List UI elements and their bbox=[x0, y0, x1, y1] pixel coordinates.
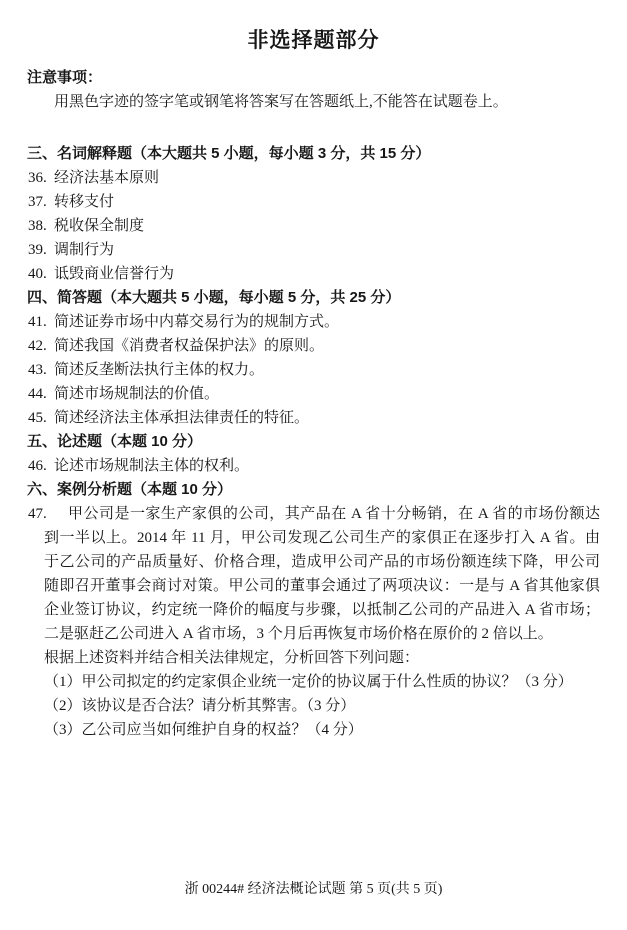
item-number: 38. bbox=[28, 214, 47, 238]
question-item-40: 40. 诋毁商业信誉行为 bbox=[27, 262, 600, 286]
page-title: 非选择题部分 bbox=[27, 28, 600, 54]
question-item-42: 42. 简述我国《消费者权益保护法》的原则。 bbox=[27, 334, 600, 358]
case-paragraph-line: 二是驱赶乙公司进入 A 省市场，3 个月后再恢复市场价格在原价的 2 倍以上。 bbox=[44, 622, 600, 646]
item-text: 简述经济法主体承担法律责任的特征。 bbox=[54, 410, 309, 426]
item-number: 39. bbox=[28, 238, 47, 262]
case-paragraph-line: 随即召开董事会商讨对策。甲公司的董事会通过了两项决议：一是与 A 省其他家俱 bbox=[44, 574, 600, 598]
case-paragraph-line: 甲公司是一家生产家俱的公司，其产品在 A 省十分畅销，在 A 省的市场份额达 bbox=[44, 502, 600, 526]
item-number: 46. bbox=[28, 454, 47, 478]
question-item-36: 36. 经济法基本原则 bbox=[27, 166, 600, 190]
item-number: 43. bbox=[28, 358, 47, 382]
item-number: 45. bbox=[28, 406, 47, 430]
section-header-essay: 五、论述题（本题 10 分） bbox=[27, 430, 600, 454]
item-text: 转移支付 bbox=[54, 194, 114, 210]
item-number: 41. bbox=[28, 310, 47, 334]
item-number: 42. bbox=[28, 334, 47, 358]
item-text: 调制行为 bbox=[54, 242, 114, 258]
item-text: 诋毁商业信誉行为 bbox=[54, 266, 174, 282]
case-subquestion-3: （3）乙公司应当如何维护自身的权益？（4 分） bbox=[44, 718, 600, 742]
question-item-43: 43. 简述反垄断法执行主体的权力。 bbox=[27, 358, 600, 382]
item-number: 44. bbox=[28, 382, 47, 406]
item-text: 简述市场规制法的价值。 bbox=[54, 386, 219, 402]
item-number: 37. bbox=[28, 190, 47, 214]
question-item-41: 41. 简述证券市场中内幕交易行为的规制方式。 bbox=[27, 310, 600, 334]
case-paragraph-line: 于乙公司的产品质量好、价格合理，造成甲公司产品的市场份额连续下降，甲公司 bbox=[44, 550, 600, 574]
case-number: 47. bbox=[28, 502, 47, 526]
case-block-47: 47. 甲公司是一家生产家俱的公司，其产品在 A 省十分畅销，在 A 省的市场份… bbox=[44, 502, 600, 742]
sections: 三、名词解释题（本大题共 5 小题，每小题 3 分，共 15 分） 36. 经济… bbox=[27, 142, 600, 742]
notice-text: 用黑色字迹的签字笔或钢笔将答案写在答题纸上,不能答在试题卷上。 bbox=[27, 90, 600, 114]
item-text: 简述证券市场中内幕交易行为的规制方式。 bbox=[54, 314, 339, 330]
question-item-45: 45. 简述经济法主体承担法律责任的特征。 bbox=[27, 406, 600, 430]
notice-label: 注意事项： bbox=[27, 66, 600, 90]
case-subquestion-2: （2）该协议是否合法？请分析其弊害。（3 分） bbox=[44, 694, 600, 718]
case-paragraph-line: 企业签订协议，约定统一降价的幅度与步骤，以抵制乙公司的产品进入 A 省市场； bbox=[44, 598, 600, 622]
item-number: 36. bbox=[28, 166, 47, 190]
page-footer: 浙 00244# 经济法概论试题 第 5 页(共 5 页) bbox=[0, 880, 627, 900]
item-text: 税收保全制度 bbox=[54, 218, 144, 234]
section-header-short-answer: 四、简答题（本大题共 5 小题，每小题 5 分，共 25 分） bbox=[27, 286, 600, 310]
question-item-39: 39. 调制行为 bbox=[27, 238, 600, 262]
case-subquestion-1: （1）甲公司拟定的约定家俱企业统一定价的协议属于什么性质的协议？（3 分） bbox=[44, 670, 600, 694]
section-header-case-analysis: 六、案例分析题（本题 10 分） bbox=[27, 478, 600, 502]
section-header-definitions: 三、名词解释题（本大题共 5 小题，每小题 3 分，共 15 分） bbox=[27, 142, 600, 166]
question-item-46: 46. 论述市场规制法主体的权利。 bbox=[27, 454, 600, 478]
item-text: 论述市场规制法主体的权利。 bbox=[54, 458, 249, 474]
question-item-37: 37. 转移支付 bbox=[27, 190, 600, 214]
question-item-44: 44. 简述市场规制法的价值。 bbox=[27, 382, 600, 406]
item-number: 40. bbox=[28, 262, 47, 286]
exam-page: 非选择题部分 注意事项： 用黑色字迹的签字笔或钢笔将答案写在答题纸上,不能答在试… bbox=[0, 0, 627, 930]
item-text: 经济法基本原则 bbox=[54, 170, 159, 186]
case-prompt: 根据上述资料并结合相关法律规定，分析回答下列问题： bbox=[44, 646, 600, 670]
item-text: 简述反垄断法执行主体的权力。 bbox=[54, 362, 264, 378]
item-text: 简述我国《消费者权益保护法》的原则。 bbox=[54, 338, 324, 354]
page-content: 非选择题部分 注意事项： 用黑色字迹的签字笔或钢笔将答案写在答题纸上,不能答在试… bbox=[0, 0, 627, 742]
case-paragraph-line: 到一半以上。2014 年 11 月，甲公司发现乙公司生产的家俱正在逐步打入 A … bbox=[44, 526, 600, 550]
question-item-38: 38. 税收保全制度 bbox=[27, 214, 600, 238]
